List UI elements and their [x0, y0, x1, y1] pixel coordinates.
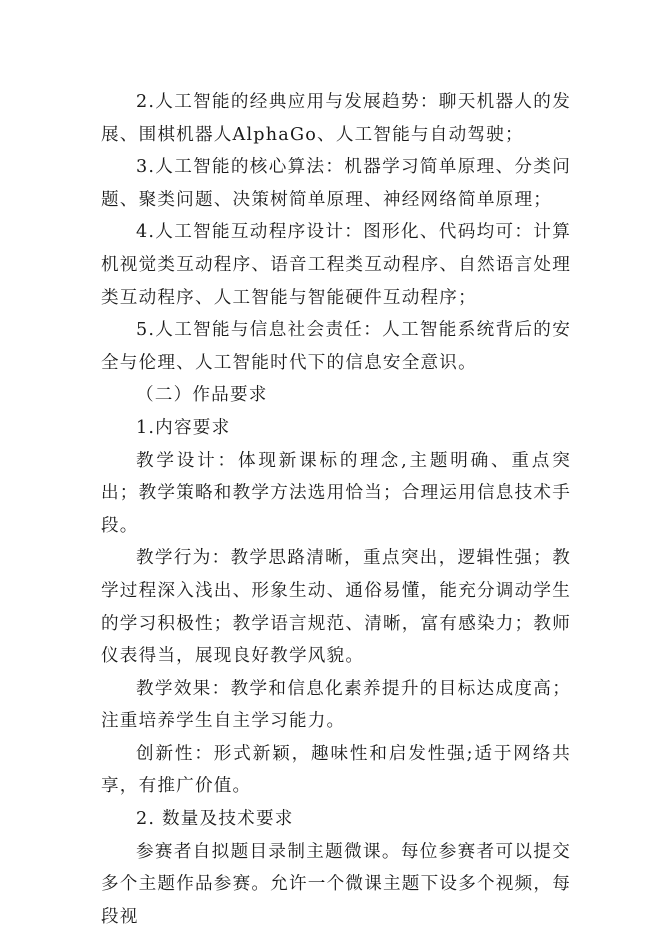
paragraph-teaching-behavior: 教学行为：教学思路清晰，重点突出，逻辑性强；教学过程深入浅出、形象生动、通俗易懂… — [101, 542, 571, 672]
sub-heading-quantity-technical: 2. 数量及技术要求 — [101, 803, 571, 836]
sub-heading-content-requirements: 1.内容要求 — [101, 412, 571, 445]
paragraph-quantity-requirements: 参赛者自拟题目录制主题微课。每位参赛者可以提交多个主题作品参赛。允许一个微课主题… — [101, 836, 571, 934]
list-item-interactive-programs: 4.人工智能互动程序设计：图形化、代码均可：计算机视觉类互动程序、语音工程类互动… — [101, 216, 571, 314]
section-heading-work-requirements: （二）作品要求 — [101, 379, 571, 412]
paragraph-teaching-design: 教学设计：体现新课标的理念,主题明确、重点突出；教学策略和教学方法选用恰当；合理… — [101, 445, 571, 543]
document-page: 2.人工智能的经典应用与发展趋势：聊天机器人的发展、围棋机器人AlphaGo、人… — [101, 86, 571, 933]
paragraph-teaching-effect: 教学效果：教学和信息化素养提升的目标达成度高；注重培养学生自主学习能力。 — [101, 673, 571, 738]
list-item-core-algorithms: 3.人工智能的核心算法：机器学习简单原理、分类问题、聚类问题、决策树简单原理、神… — [101, 151, 571, 216]
paragraph-innovation: 创新性：形式新颖，趣味性和启发性强;适于网络共享，有推广价值。 — [101, 738, 571, 803]
list-item-classic-applications: 2.人工智能的经典应用与发展趋势：聊天机器人的发展、围棋机器人AlphaGo、人… — [101, 86, 571, 151]
list-item-social-responsibility: 5.人工智能与信息社会责任：人工智能系统背后的安全与伦理、人工智能时代下的信息安… — [101, 314, 571, 379]
